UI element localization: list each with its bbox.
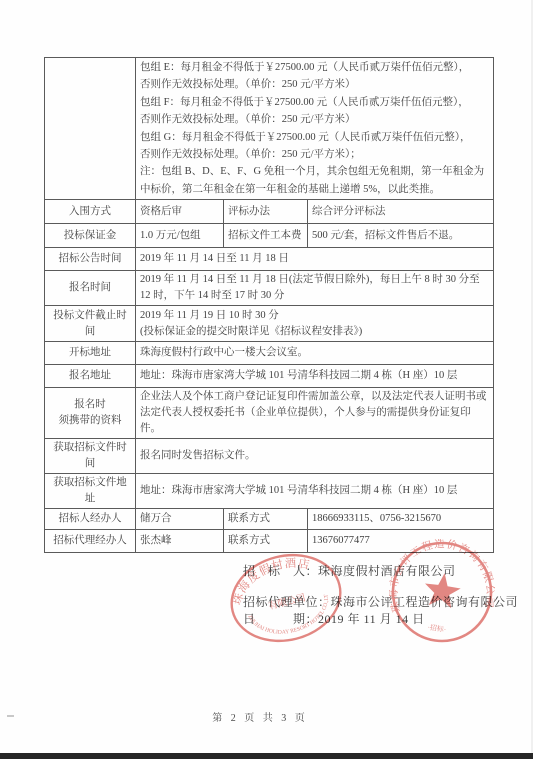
- cell-tenderer-agent-name: 储万合: [136, 509, 224, 530]
- cell-document-fee-label: 招标文件工本费: [224, 224, 308, 248]
- cell-registration-time-label: 报名时间: [45, 271, 136, 306]
- cell-required-materials-value: 企业法人及个体工商户登记证复印件需加盖公章，以及法定代表人证明书或法定代表人授权…: [136, 388, 494, 439]
- cell-bid-deadline-value: 2019 年 11 月 19 日 10 时 30 分 (投标保证金的提交时限详见…: [136, 306, 494, 342]
- cell-obtain-documents-time-value: 报名同时发售招标文件。: [136, 439, 494, 474]
- table-row: 获取招标文件时间 报名同时发售招标文件。: [45, 439, 494, 474]
- cell-bid-bond-value: 1.0 万元/包组: [136, 224, 224, 248]
- signature-line-bidder: 招 标 人：珠海度假村酒店有限公司: [243, 562, 456, 579]
- table-row: 报名时 须携带的资料 企业法人及个体工商户登记证复印件需加盖公章，以及法定代表人…: [45, 388, 494, 439]
- scanned-tender-document-page: 包组 E：每月租金不得低于￥27500.00 元（人民币贰万柒仟伍佰元整）， 否…: [0, 0, 533, 759]
- table-row: 投标文件截止时间 2019 年 11 月 19 日 10 时 30 分 (投标保…: [45, 306, 494, 342]
- company-seal-round: 珠海市公评工程造价咨询有限公司 ·招标·: [389, 539, 495, 645]
- date-value: 2019 年 11 月 14 日: [318, 612, 425, 626]
- cell-tenderer-contact-label: 联系方式: [224, 509, 308, 530]
- scan-speck: [7, 715, 14, 717]
- cell-agency-contact-label: 联系方式: [224, 530, 308, 553]
- cell-tenderer-contact-value: 18666933115、0756-3215670: [308, 509, 494, 530]
- scan-bottom-edge: [0, 753, 533, 759]
- table-row: 报名地址 地址：珠海市唐家湾大学城 101 号清华科技园二期 4 栋（H 座）1…: [45, 365, 494, 388]
- cell-obtain-documents-address-label: 获取招标文件地址: [45, 474, 136, 509]
- cell-bid-bond-label: 投标保证金: [45, 224, 136, 248]
- seal-round-border: [389, 539, 495, 645]
- table-row: 包组 E：每月租金不得低于￥27500.00 元（人民币贰万柒仟伍佰元整）， 否…: [45, 58, 494, 200]
- cell-obtain-documents-time-label: 获取招标文件时间: [45, 439, 136, 474]
- table-row: 招标公告时间 2019 年 11 月 14 日至 11 月 18 日: [45, 248, 494, 271]
- cell-shortlist-method-value: 资格后审: [136, 200, 224, 224]
- table-row: 招标人经办人 储万合 联系方式 18666933115、0756-3215670: [45, 509, 494, 530]
- seal-round-bottom-text: ·招标·: [427, 622, 447, 634]
- cell-registration-address-value: 地址：珠海市唐家湾大学城 101 号清华科技园二期 4 栋（H 座）10 层: [136, 365, 494, 388]
- cell-bid-opening-address-label: 开标地址: [45, 342, 136, 365]
- cell-registration-address-label: 报名地址: [45, 365, 136, 388]
- cell-bid-deadline-label: 投标文件截止时间: [45, 306, 136, 342]
- cell-agency-agent-name: 张杰峰: [136, 530, 224, 553]
- cell-required-materials-label: 报名时 须携带的资料: [45, 388, 136, 439]
- bidder-label: 招 标 人：: [243, 564, 318, 578]
- page-number: 第 2 页 共 3 页: [0, 709, 520, 724]
- cell-announcement-time-label: 招标公告时间: [45, 248, 136, 271]
- table-row: 招标代理经办人 张杰峰 联系方式 13676077477: [45, 530, 494, 553]
- cell-obtain-documents-address-value: 地址：珠海市唐家湾大学城 101 号清华科技园二期 4 栋（H 座）10 层: [136, 474, 494, 509]
- cell-evaluation-method-value: 综合评分评标法: [308, 200, 494, 224]
- tender-info-table: 包组 E：每月租金不得低于￥27500.00 元（人民币贰万柒仟伍佰元整）， 否…: [44, 57, 494, 553]
- agency-value: 珠海市公评工程造价咨询有限公司: [331, 595, 519, 609]
- table-row: 开标地址 珠海度假村行政中心一楼大会议室。: [45, 342, 494, 365]
- table-row: 获取招标文件地址 地址：珠海市唐家湾大学城 101 号清华科技园二期 4 栋（H…: [45, 474, 494, 509]
- signature-line-date: 日 期：2019 年 11 月 14 日: [243, 610, 425, 627]
- cell-registration-time-value: 2019 年 11 月 14 日至 11 月 18 日(法定节假日除外)，每日上…: [136, 271, 494, 306]
- cell-document-fee-value: 500 元/套，招标文件售后不退。: [308, 224, 494, 248]
- cell-agency-agent-label: 招标代理经办人: [45, 530, 136, 553]
- cell-agency-contact-value: 13676077477: [308, 530, 494, 553]
- table-row: 入围方式 资格后审 评标办法 综合评分评标法: [45, 200, 494, 224]
- table-row: 报名时间 2019 年 11 月 14 日至 11 月 18 日(法定节假日除外…: [45, 271, 494, 306]
- cell-tenderer-agent-label: 招标人经办人: [45, 509, 136, 530]
- cell-r1-label: [45, 58, 136, 200]
- signature-line-agency: 招标代理单位：珠海市公评工程造价咨询有限公司: [243, 593, 518, 610]
- agency-label: 招标代理单位：: [243, 595, 331, 609]
- table-row: 投标保证金 1.0 万元/包组 招标文件工本费 500 元/套，招标文件售后不退…: [45, 224, 494, 248]
- cell-announcement-time-value: 2019 年 11 月 14 日至 11 月 18 日: [136, 248, 494, 271]
- date-label: 日 期：: [243, 612, 318, 626]
- cell-bid-opening-address-value: 珠海度假村行政中心一楼大会议室。: [136, 342, 494, 365]
- bidder-value: 珠海度假村酒店有限公司: [318, 564, 456, 578]
- cell-r1-content: 包组 E：每月租金不得低于￥27500.00 元（人民币贰万柒仟伍佰元整）， 否…: [136, 58, 494, 200]
- cell-shortlist-method-label: 入围方式: [45, 200, 136, 224]
- cell-evaluation-method-label: 评标办法: [224, 200, 308, 224]
